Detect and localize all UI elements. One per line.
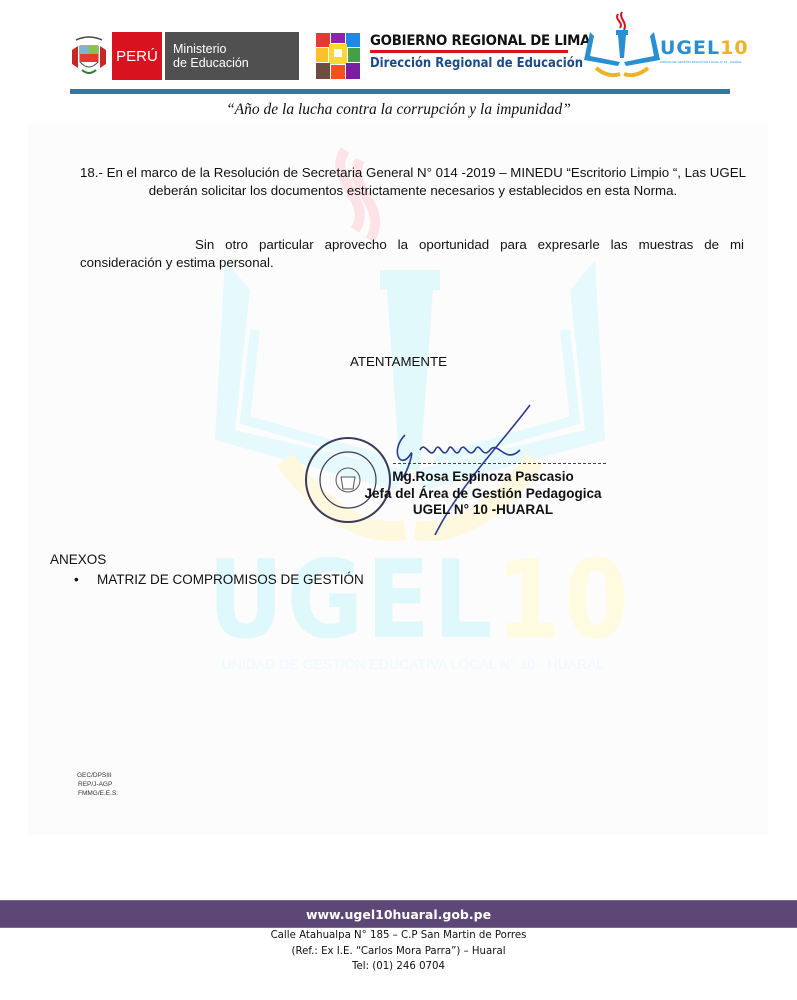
ugel-logo-caption: UNIDAD DE GESTIÓN EDUCATIVA LOCAL N° 10 … bbox=[660, 60, 742, 64]
website-link[interactable]: www.ugel10huaral.gob.pe bbox=[306, 907, 491, 922]
header-divider bbox=[70, 89, 730, 94]
ministry-name: Ministerio de Educación bbox=[165, 32, 299, 80]
address-line-2: (Ref.: Ex I.E. “Carlos Mora Parra”) – Hu… bbox=[0, 944, 797, 960]
salutation: ATENTAMENTE bbox=[350, 353, 447, 371]
peru-coat-of-arms-icon bbox=[70, 36, 108, 78]
gobierno-regional-lima-logo-icon bbox=[316, 33, 360, 79]
signatory-office: UGEL N° 10 -HUARAL bbox=[352, 502, 614, 519]
watermark-ugel10-text: UGEL10 bbox=[208, 538, 632, 663]
signature-line bbox=[393, 463, 606, 464]
footer-band: www.ugel10huaral.gob.pe bbox=[0, 900, 797, 928]
peru-label: PERÚ bbox=[112, 32, 162, 80]
signatory-name: Mg.Rosa Espinoza Pascasio bbox=[352, 469, 614, 486]
red-underline bbox=[370, 50, 568, 53]
ugel10-logo-text: UGEL10 bbox=[660, 37, 749, 59]
closing-paragraph: Sin otro particular aprovecho la oportun… bbox=[80, 236, 744, 271]
bullet-icon: • bbox=[74, 571, 97, 589]
annexes-heading: ANEXOS bbox=[50, 551, 106, 569]
year-motto: “Año de la lucha contra la corrupción y … bbox=[0, 101, 797, 119]
annex-item: •MATRIZ DE COMPROMISOS DE GESTIÓN bbox=[74, 571, 364, 589]
regional-government-name: GOBIERNO REGIONAL DE LIMA Dirección Regi… bbox=[370, 33, 618, 71]
paragraph-18: 18.- En el marco de la Resolución de Sec… bbox=[79, 164, 747, 199]
letterhead: PERÚ Ministerio de Educación GOBIERNO RE… bbox=[0, 0, 797, 125]
signatory-position: Jefa del Área de Gestión Pedagogica bbox=[352, 486, 614, 503]
watermark-caption: UNIDAD DE GESTIÓN EDUCATIVA LOCAL N° 10 … bbox=[208, 656, 618, 672]
phone-number: Tel: (01) 246 0704 bbox=[0, 959, 797, 975]
address-line-1: Calle Atahualpa N° 185 – C.P San Martin … bbox=[0, 928, 797, 944]
ministry-of-education-logo: PERÚ Ministerio de Educación bbox=[112, 32, 299, 80]
footer-address: Calle Atahualpa N° 185 – C.P San Martin … bbox=[0, 928, 797, 975]
signatory-block: Mg.Rosa Espinoza Pascasio Jefa del Área … bbox=[352, 469, 614, 519]
reference-initials: GEC/DPSIII REP/J-AGP FMMG/E.E.S. bbox=[77, 771, 118, 798]
ugel-book-torch-logo-icon bbox=[582, 10, 662, 82]
